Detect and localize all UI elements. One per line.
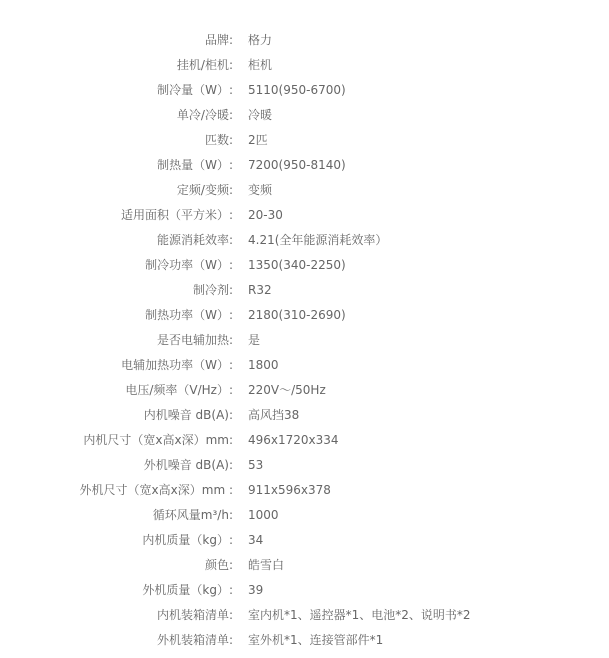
spec-label: 内机质量（kg）:	[0, 528, 248, 553]
spec-label: 定频/变频:	[0, 178, 248, 203]
spec-value: 53	[248, 453, 609, 478]
spec-value: 20-30	[248, 203, 609, 228]
spec-label: 颜色:	[0, 553, 248, 578]
spec-label: 外机质量（kg）:	[0, 578, 248, 603]
spec-row-outdoor-weight: 外机质量（kg）: 39	[0, 578, 609, 603]
spec-row-voltage-frequency: 电压/频率（V/Hz）: 220V～/50Hz	[0, 378, 609, 403]
spec-label: 内机尺寸（宽x高x深）mm:	[0, 428, 248, 453]
spec-row-area: 适用面积（平方米）: 20-30	[0, 203, 609, 228]
spec-label: 电辅加热功率（W）:	[0, 353, 248, 378]
spec-row-brand: 品牌: 格力	[0, 28, 609, 53]
spec-value: 911x596x378	[248, 478, 609, 503]
spec-row-outdoor-packing-list: 外机装箱清单: 室外机*1、连接管部件*1	[0, 628, 609, 653]
spec-row-indoor-noise: 内机噪音 dB(A): 高风挡38	[0, 403, 609, 428]
spec-row-cooling-heating: 单冷/冷暖: 冷暖	[0, 103, 609, 128]
spec-row-color: 颜色: 皓雪白	[0, 553, 609, 578]
spec-value: 柜机	[248, 53, 609, 78]
spec-label: 外机尺寸（宽x高x深）mm :	[0, 478, 248, 503]
spec-value: 1000	[248, 503, 609, 528]
spec-label: 内机噪音 dB(A):	[0, 403, 248, 428]
spec-label: 品牌:	[0, 28, 248, 53]
spec-row-horsepower: 匹数: 2匹	[0, 128, 609, 153]
spec-label: 制热功率（W）:	[0, 303, 248, 328]
spec-label: 制冷功率（W）:	[0, 253, 248, 278]
spec-label: 能源消耗效率:	[0, 228, 248, 253]
spec-table: 品牌: 格力 挂机/柜机: 柜机 制冷量（W）: 5110(950-6700) …	[0, 28, 609, 653]
spec-row-unit-type: 挂机/柜机: 柜机	[0, 53, 609, 78]
spec-row-aux-heating: 是否电辅加热: 是	[0, 328, 609, 353]
spec-value: 1350(340-2250)	[248, 253, 609, 278]
spec-value: 2180(310-2690)	[248, 303, 609, 328]
spec-value: 7200(950-8140)	[248, 153, 609, 178]
spec-value: 496x1720x334	[248, 428, 609, 453]
spec-row-heating-power: 制热功率（W）: 2180(310-2690)	[0, 303, 609, 328]
spec-label: 匹数:	[0, 128, 248, 153]
spec-value: 高风挡38	[248, 403, 609, 428]
spec-row-airflow: 循环风量m³/h: 1000	[0, 503, 609, 528]
spec-label: 电压/频率（V/Hz）:	[0, 378, 248, 403]
spec-row-indoor-packing-list: 内机装箱清单: 室内机*1、遥控器*1、电池*2、说明书*2	[0, 603, 609, 628]
spec-row-aux-heating-power: 电辅加热功率（W）: 1800	[0, 353, 609, 378]
spec-row-indoor-dimensions: 内机尺寸（宽x高x深）mm: 496x1720x334	[0, 428, 609, 453]
spec-label: 内机装箱清单:	[0, 603, 248, 628]
spec-row-energy-efficiency: 能源消耗效率: 4.21(全年能源消耗效率）	[0, 228, 609, 253]
spec-label: 循环风量m³/h:	[0, 503, 248, 528]
spec-row-refrigerant: 制冷剂: R32	[0, 278, 609, 303]
spec-label: 制热量（W）:	[0, 153, 248, 178]
spec-row-cooling-power: 制冷功率（W）: 1350(340-2250)	[0, 253, 609, 278]
spec-label: 制冷量（W）:	[0, 78, 248, 103]
spec-row-cooling-capacity: 制冷量（W）: 5110(950-6700)	[0, 78, 609, 103]
spec-value: 2匹	[248, 128, 609, 153]
spec-value: 冷暖	[248, 103, 609, 128]
spec-value: 1800	[248, 353, 609, 378]
spec-label: 外机装箱清单:	[0, 628, 248, 653]
spec-value: 皓雪白	[248, 553, 609, 578]
spec-value: 室外机*1、连接管部件*1	[248, 628, 609, 653]
spec-label: 制冷剂:	[0, 278, 248, 303]
spec-row-indoor-weight: 内机质量（kg）: 34	[0, 528, 609, 553]
spec-label: 单冷/冷暖:	[0, 103, 248, 128]
spec-label: 适用面积（平方米）:	[0, 203, 248, 228]
spec-row-frequency-type: 定频/变频: 变频	[0, 178, 609, 203]
spec-row-heating-capacity: 制热量（W）: 7200(950-8140)	[0, 153, 609, 178]
spec-value: 格力	[248, 28, 609, 53]
spec-value: R32	[248, 278, 609, 303]
spec-value: 室内机*1、遥控器*1、电池*2、说明书*2	[248, 603, 609, 628]
spec-value: 39	[248, 578, 609, 603]
spec-value: 34	[248, 528, 609, 553]
spec-value: 4.21(全年能源消耗效率）	[248, 228, 609, 253]
spec-label: 挂机/柜机:	[0, 53, 248, 78]
spec-label: 外机噪音 dB(A):	[0, 453, 248, 478]
spec-row-outdoor-dimensions: 外机尺寸（宽x高x深）mm : 911x596x378	[0, 478, 609, 503]
spec-label: 是否电辅加热:	[0, 328, 248, 353]
spec-value: 变频	[248, 178, 609, 203]
spec-value: 220V～/50Hz	[248, 378, 609, 403]
spec-value: 5110(950-6700)	[248, 78, 609, 103]
spec-value: 是	[248, 328, 609, 353]
spec-row-outdoor-noise: 外机噪音 dB(A): 53	[0, 453, 609, 478]
